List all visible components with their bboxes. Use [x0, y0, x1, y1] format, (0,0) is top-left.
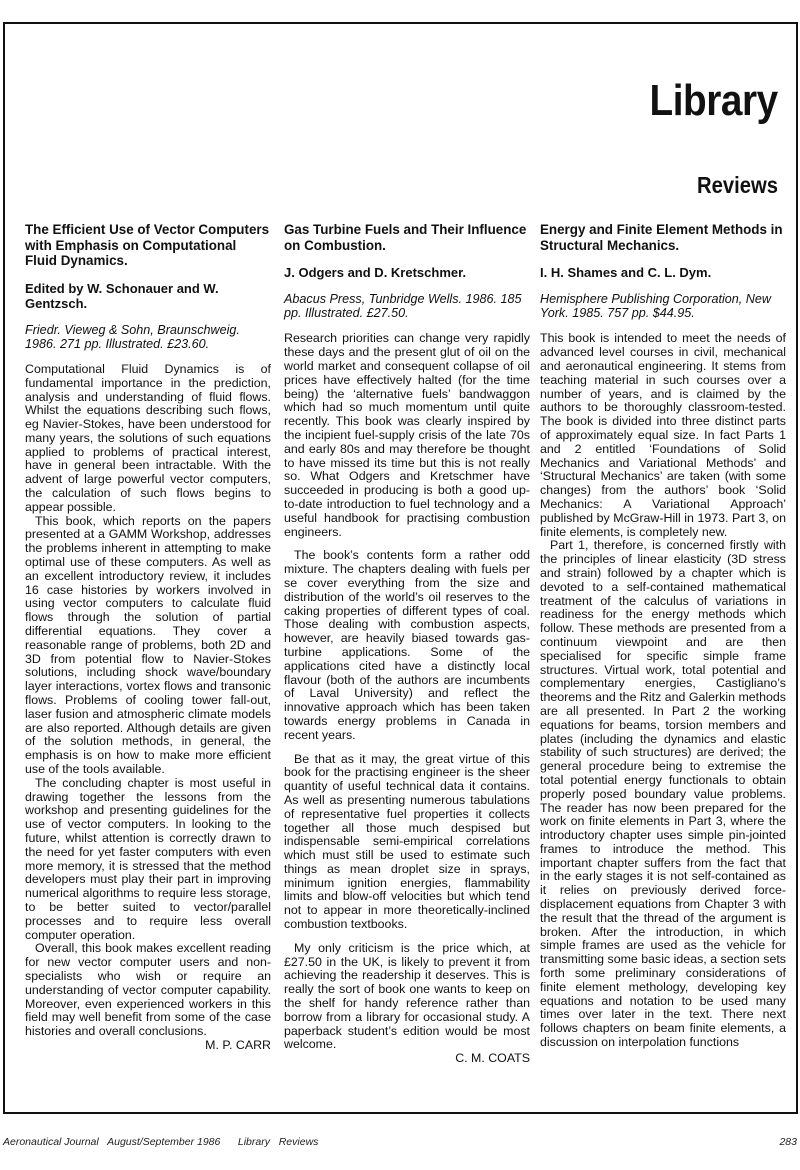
- book-publication: Hemisphere Publishing Corporation, New Y…: [540, 292, 786, 320]
- review-paragraph: The concluding chapter is most useful in…: [25, 777, 271, 943]
- book-authors: Edited by W. Schonauer and W. Gentzsch.: [25, 281, 271, 311]
- footer-journal: Aeronautical Journal: [3, 1136, 99, 1148]
- review-paragraph: My only criticism is the price which, at…: [284, 942, 530, 1052]
- masthead-title: Library: [650, 79, 778, 123]
- page-number: 283: [779, 1136, 797, 1148]
- reviewer-signature: M. P. CARR: [25, 1039, 271, 1053]
- review-column-2: Gas Turbine Fuels and Their Influence on…: [284, 222, 530, 1066]
- review-paragraph: Computational Fluid Dynamics is of funda…: [25, 363, 271, 515]
- reviewer-signature: C. M. COATS: [284, 1052, 530, 1066]
- page-footer: Aeronautical Journal August/September 19…: [3, 1136, 797, 1150]
- footer-running-head: Aeronautical Journal August/September 19…: [3, 1136, 318, 1148]
- book-authors: I. H. Shames and C. L. Dym.: [540, 265, 786, 280]
- review-paragraph: This book is intended to meet the needs …: [540, 332, 786, 539]
- review-paragraph: Research priorities can change very rapi…: [284, 332, 530, 539]
- book-authors: J. Odgers and D. Kretschmer.: [284, 265, 530, 280]
- review-column-1: The Efficient Use of Vector Computers wi…: [25, 222, 271, 1053]
- review-paragraph: This book, which reports on the papers p…: [25, 515, 271, 777]
- book-title: Gas Turbine Fuels and Their Influence on…: [284, 222, 530, 253]
- book-title: Energy and Finite Element Methods in Str…: [540, 222, 786, 253]
- footer-section: Library Reviews: [238, 1136, 319, 1148]
- review-column-3: Energy and Finite Element Methods in Str…: [540, 222, 786, 1050]
- book-publication: Abacus Press, Tunbridge Wells. 1986. 185…: [284, 292, 530, 320]
- footer-issue: August/September 1986: [107, 1136, 220, 1148]
- book-publication: Friedr. Vieweg & Sohn, Braunschweig. 198…: [25, 323, 271, 351]
- review-paragraph: The book’s contents form a rather odd mi…: [284, 549, 530, 742]
- review-paragraph: Be that as it may, the great virtue of t…: [284, 753, 530, 932]
- masthead-subtitle: Reviews: [697, 174, 778, 197]
- review-paragraph: Part 1, therefore, is concerned firstly …: [540, 539, 786, 1049]
- review-paragraph: Overall, this book makes excellent readi…: [25, 942, 271, 1039]
- book-title: The Efficient Use of Vector Computers wi…: [25, 222, 271, 269]
